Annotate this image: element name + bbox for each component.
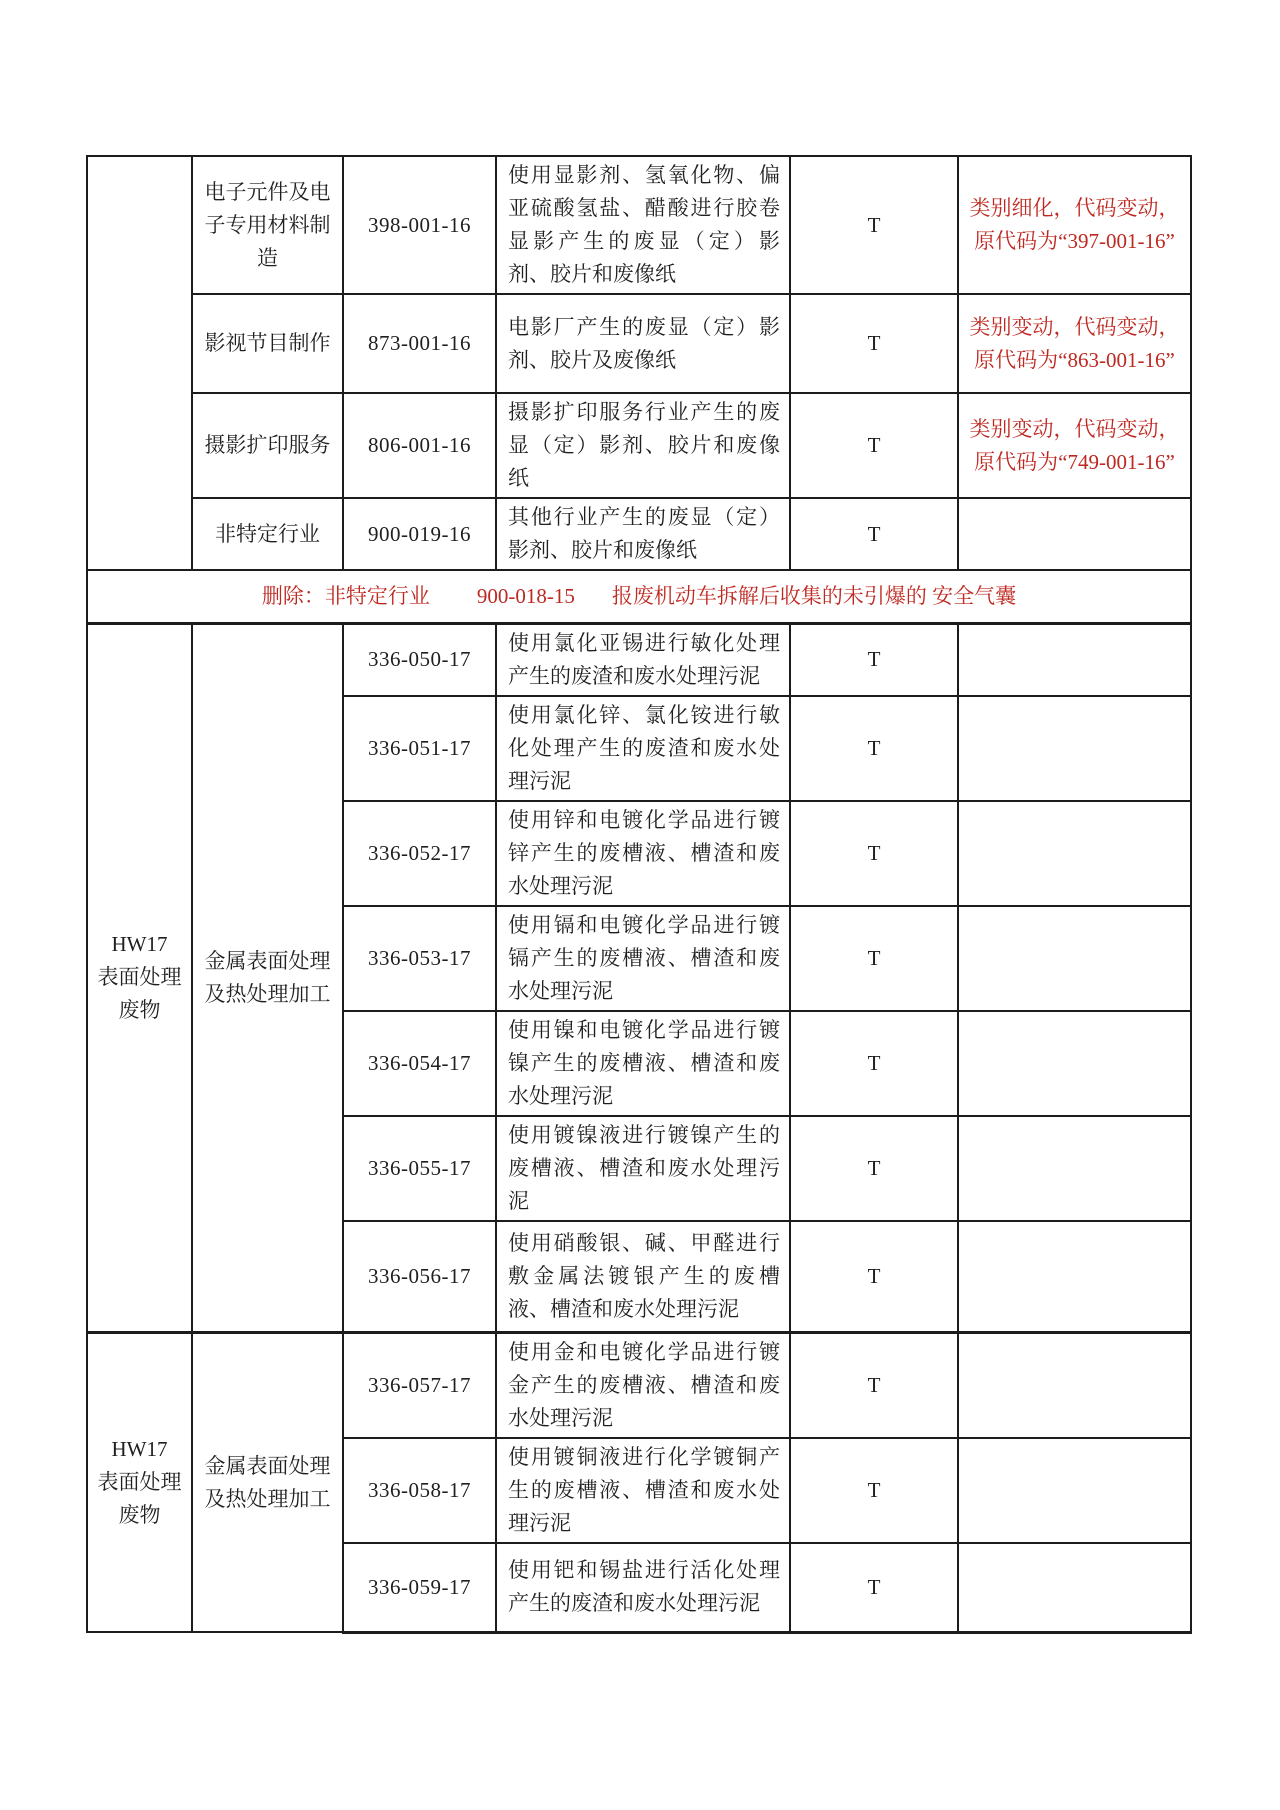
waste-description: 使用锌和电镀化学品进行镀锌产生的废槽液、槽渣和废水处理污泥 [496,801,790,906]
deletion-label: 删除：非特定行业 [262,580,430,613]
hazard-property: T [790,156,958,294]
change-note: 类别变动，代码变动，原代码为“749-001-16” [958,393,1191,498]
industry-cell: 非特定行业 [192,498,343,570]
waste-row: 摄影扩印服务 806-001-16 摄影扩印服务行业产生的废显（定）影剂、胶片和… [87,393,1191,498]
hazard-property: T [790,906,958,1011]
deletion-cell: 删除：非特定行业 900-018-15 报废机动车拆解后收集的未引爆的 安全气囊 [87,570,1191,623]
category-line: 废物 [92,1499,187,1532]
waste-code: 398-001-16 [343,156,496,294]
waste-row: 电子元件及电子专用材料制造 398-001-16 使用显影剂、氢氧化物、偏亚硫酸… [87,156,1191,294]
waste-row: 非特定行业 900-019-16 其他行业产生的废显（定）影剂、胶片和废像纸 T [87,498,1191,570]
industry-cell: 摄影扩印服务 [192,393,343,498]
hazard-property: T [790,294,958,393]
waste-description: 使用氯化锌、氯化铵进行敏化处理产生的废渣和废水处理污泥 [496,696,790,801]
change-note [958,696,1191,801]
hazard-property: T [790,1438,958,1543]
hazard-property: T [790,696,958,801]
hazard-property: T [790,1333,958,1439]
waste-description: 使用显影剂、氢氧化物、偏亚硫酸氢盐、醋酸进行胶卷显影产生的废显（定）影剂、胶片和… [496,156,790,294]
waste-description: 使用镀铜液进行化学镀铜产生的废槽液、槽渣和废水处理污泥 [496,1438,790,1543]
hazard-property: T [790,393,958,498]
category-cell-hw17: HW17 表面处理 废物 [87,1333,192,1633]
waste-code: 336-055-17 [343,1116,496,1221]
deletion-row: 删除：非特定行业 900-018-15 报废机动车拆解后收集的未引爆的 安全气囊 [87,570,1191,623]
waste-code: 900-019-16 [343,498,496,570]
waste-code: 806-001-16 [343,393,496,498]
waste-description: 摄影扩印服务行业产生的废显（定）影剂、胶片和废像纸 [496,393,790,498]
hazard-property: T [790,1221,958,1333]
change-note [958,1116,1191,1221]
deletion-code: 900-018-15 [477,580,575,613]
waste-code: 336-056-17 [343,1221,496,1333]
change-note [958,1438,1191,1543]
change-note [958,1011,1191,1116]
hazardous-waste-table: 电子元件及电子专用材料制造 398-001-16 使用显影剂、氢氧化物、偏亚硫酸… [86,155,1192,1634]
deletion-description: 报废机动车拆解后收集的未引爆的 安全气囊 [612,580,1016,613]
category-line: 废物 [92,994,187,1027]
waste-description: 电影厂产生的废显（定）影剂、胶片及废像纸 [496,294,790,393]
category-cell-hw17: HW17 表面处理 废物 [87,623,192,1333]
waste-code: 336-059-17 [343,1543,496,1632]
change-note [958,498,1191,570]
waste-code: 336-057-17 [343,1333,496,1439]
waste-code: 336-051-17 [343,696,496,801]
waste-description: 使用硝酸银、碱、甲醛进行敷金属法镀银产生的废槽液、槽渣和废水处理污泥 [496,1221,790,1333]
industry-cell: 金属表面处理及热处理加工 [192,1333,343,1633]
change-note: 类别细化，代码变动，原代码为“397-001-16” [958,156,1191,294]
hazard-property: T [790,801,958,906]
change-note [958,801,1191,906]
hazard-property: T [790,1011,958,1116]
waste-code: 336-050-17 [343,623,496,696]
waste-description: 其他行业产生的废显（定）影剂、胶片和废像纸 [496,498,790,570]
industry-cell: 影视节目制作 [192,294,343,393]
waste-description: 使用镀镍液进行镀镍产生的废槽液、槽渣和废水处理污泥 [496,1116,790,1221]
change-note [958,623,1191,696]
waste-row: HW17 表面处理 废物 金属表面处理及热处理加工 336-050-17 使用氯… [87,623,1191,696]
hazard-property: T [790,498,958,570]
waste-code: 336-054-17 [343,1011,496,1116]
waste-description: 使用镍和电镀化学品进行镀镍产生的废槽液、槽渣和废水处理污泥 [496,1011,790,1116]
category-line: 表面处理 [92,961,187,994]
category-line: HW17 [92,1433,187,1466]
change-note [958,1333,1191,1439]
category-line: HW17 [92,928,187,961]
waste-row: 影视节目制作 873-001-16 电影厂产生的废显（定）影剂、胶片及废像纸 T… [87,294,1191,393]
waste-code: 873-001-16 [343,294,496,393]
category-line: 表面处理 [92,1466,187,1499]
category-cell-empty [87,156,192,570]
change-note: 类别变动，代码变动，原代码为“863-001-16” [958,294,1191,393]
waste-code: 336-053-17 [343,906,496,1011]
hazard-property: T [790,1116,958,1221]
change-note [958,906,1191,1011]
waste-description: 使用金和电镀化学品进行镀金产生的废槽液、槽渣和废水处理污泥 [496,1333,790,1439]
waste-row: HW17 表面处理 废物 金属表面处理及热处理加工 336-057-17 使用金… [87,1333,1191,1439]
waste-description: 使用钯和锡盐进行活化处理产生的废渣和废水处理污泥 [496,1543,790,1632]
industry-cell: 金属表面处理及热处理加工 [192,623,343,1333]
change-note [958,1221,1191,1333]
waste-description: 使用氯化亚锡进行敏化处理产生的废渣和废水处理污泥 [496,623,790,696]
hazard-property: T [790,623,958,696]
waste-code: 336-052-17 [343,801,496,906]
change-note [958,1543,1191,1632]
industry-cell: 电子元件及电子专用材料制造 [192,156,343,294]
hazard-property: T [790,1543,958,1632]
document-page: { "page": { "background": "#ffffff" }, "… [0,0,1280,1810]
waste-code: 336-058-17 [343,1438,496,1543]
waste-description: 使用镉和电镀化学品进行镀镉产生的废槽液、槽渣和废水处理污泥 [496,906,790,1011]
